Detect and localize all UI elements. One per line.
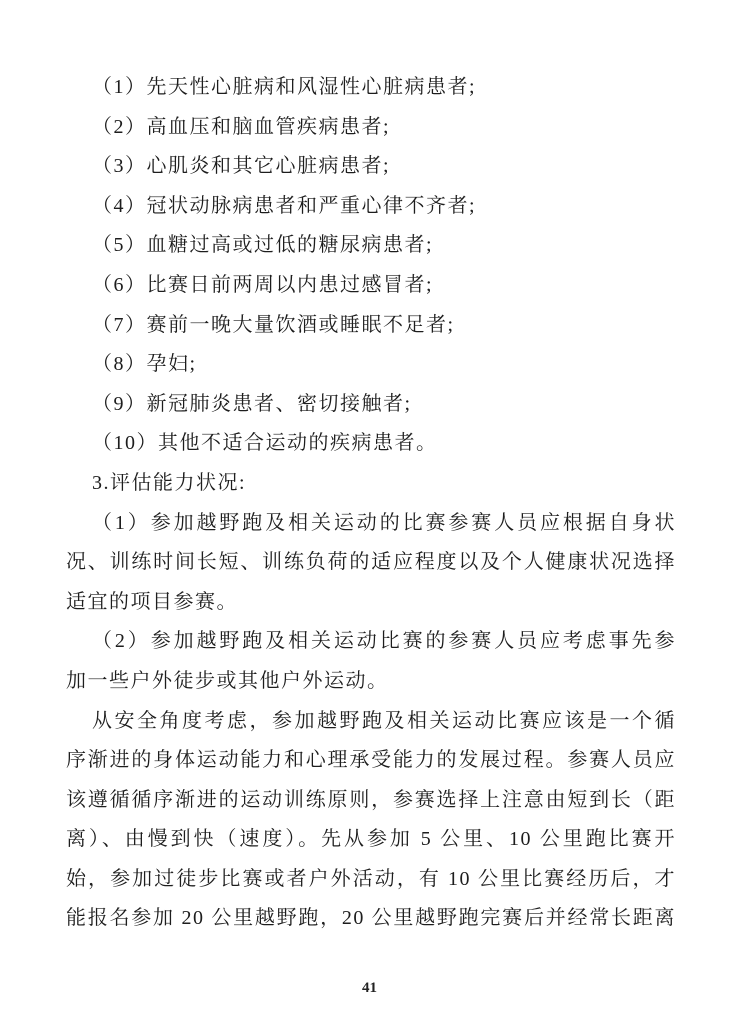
paragraph-line: 始，参加过徒步比赛或者户外活动，有 10 公里比赛经历后，才 — [66, 860, 676, 900]
paragraph-line: （1）参加越野跑及相关运动的比赛参赛人员应根据自身状 — [66, 504, 676, 544]
list-item-line: （4）冠状动脉病患者和严重心律不齐者; — [66, 187, 676, 227]
paragraph-line: 加一些户外徒步或其他户外运动。 — [66, 662, 676, 702]
section-heading: 3.评估能力状况: — [66, 464, 676, 504]
paragraph-line: 能报名参加 20 公里越野跑，20 公里越野跑完赛后并经常长距离 — [66, 899, 676, 939]
list-item-line: （6）比赛日前两周以内患过感冒者; — [66, 266, 676, 306]
list-item-line: （2）高血压和脑血管疾病患者; — [66, 108, 676, 148]
list-item-line: （7）赛前一晚大量饮酒或睡眠不足者; — [66, 306, 676, 346]
paragraph-line: 离）、由慢到快（速度）。先从参加 5 公里、10 公里跑比赛开 — [66, 820, 676, 860]
document-page: （1）先天性心脏病和风湿性心脏病患者; （2）高血压和脑血管疾病患者; （3）心… — [0, 0, 739, 1024]
page-number: 41 — [0, 980, 739, 997]
paragraph-line: 该遵循循序渐进的运动训练原则，参赛选择上注意由短到长（距 — [66, 781, 676, 821]
list-item-line: （1）先天性心脏病和风湿性心脏病患者; — [66, 68, 676, 108]
list-item-line: （3）心肌炎和其它心脏病患者; — [66, 147, 676, 187]
list-item-line: （5）血糖过高或过低的糖尿病患者; — [66, 226, 676, 266]
paragraph-line: 从安全角度考虑，参加越野跑及相关运动比赛应该是一个循 — [66, 702, 676, 742]
list-item-line: （10）其他不适合运动的疾病患者。 — [66, 424, 676, 464]
paragraph-line: （2）参加越野跑及相关运动比赛的参赛人员应考虑事先参 — [66, 622, 676, 662]
list-item-line: （9）新冠肺炎患者、密切接触者; — [66, 385, 676, 425]
document-body: （1）先天性心脏病和风湿性心脏病患者; （2）高血压和脑血管疾病患者; （3）心… — [0, 0, 739, 939]
paragraph-line: 适宜的项目参赛。 — [66, 583, 676, 623]
list-item-line: （8）孕妇; — [66, 345, 676, 385]
paragraph-line: 况、训练时间长短、训练负荷的适应程度以及个人健康状况选择 — [66, 543, 676, 583]
paragraph-line: 序渐进的身体运动能力和心理承受能力的发展过程。参赛人员应 — [66, 741, 676, 781]
